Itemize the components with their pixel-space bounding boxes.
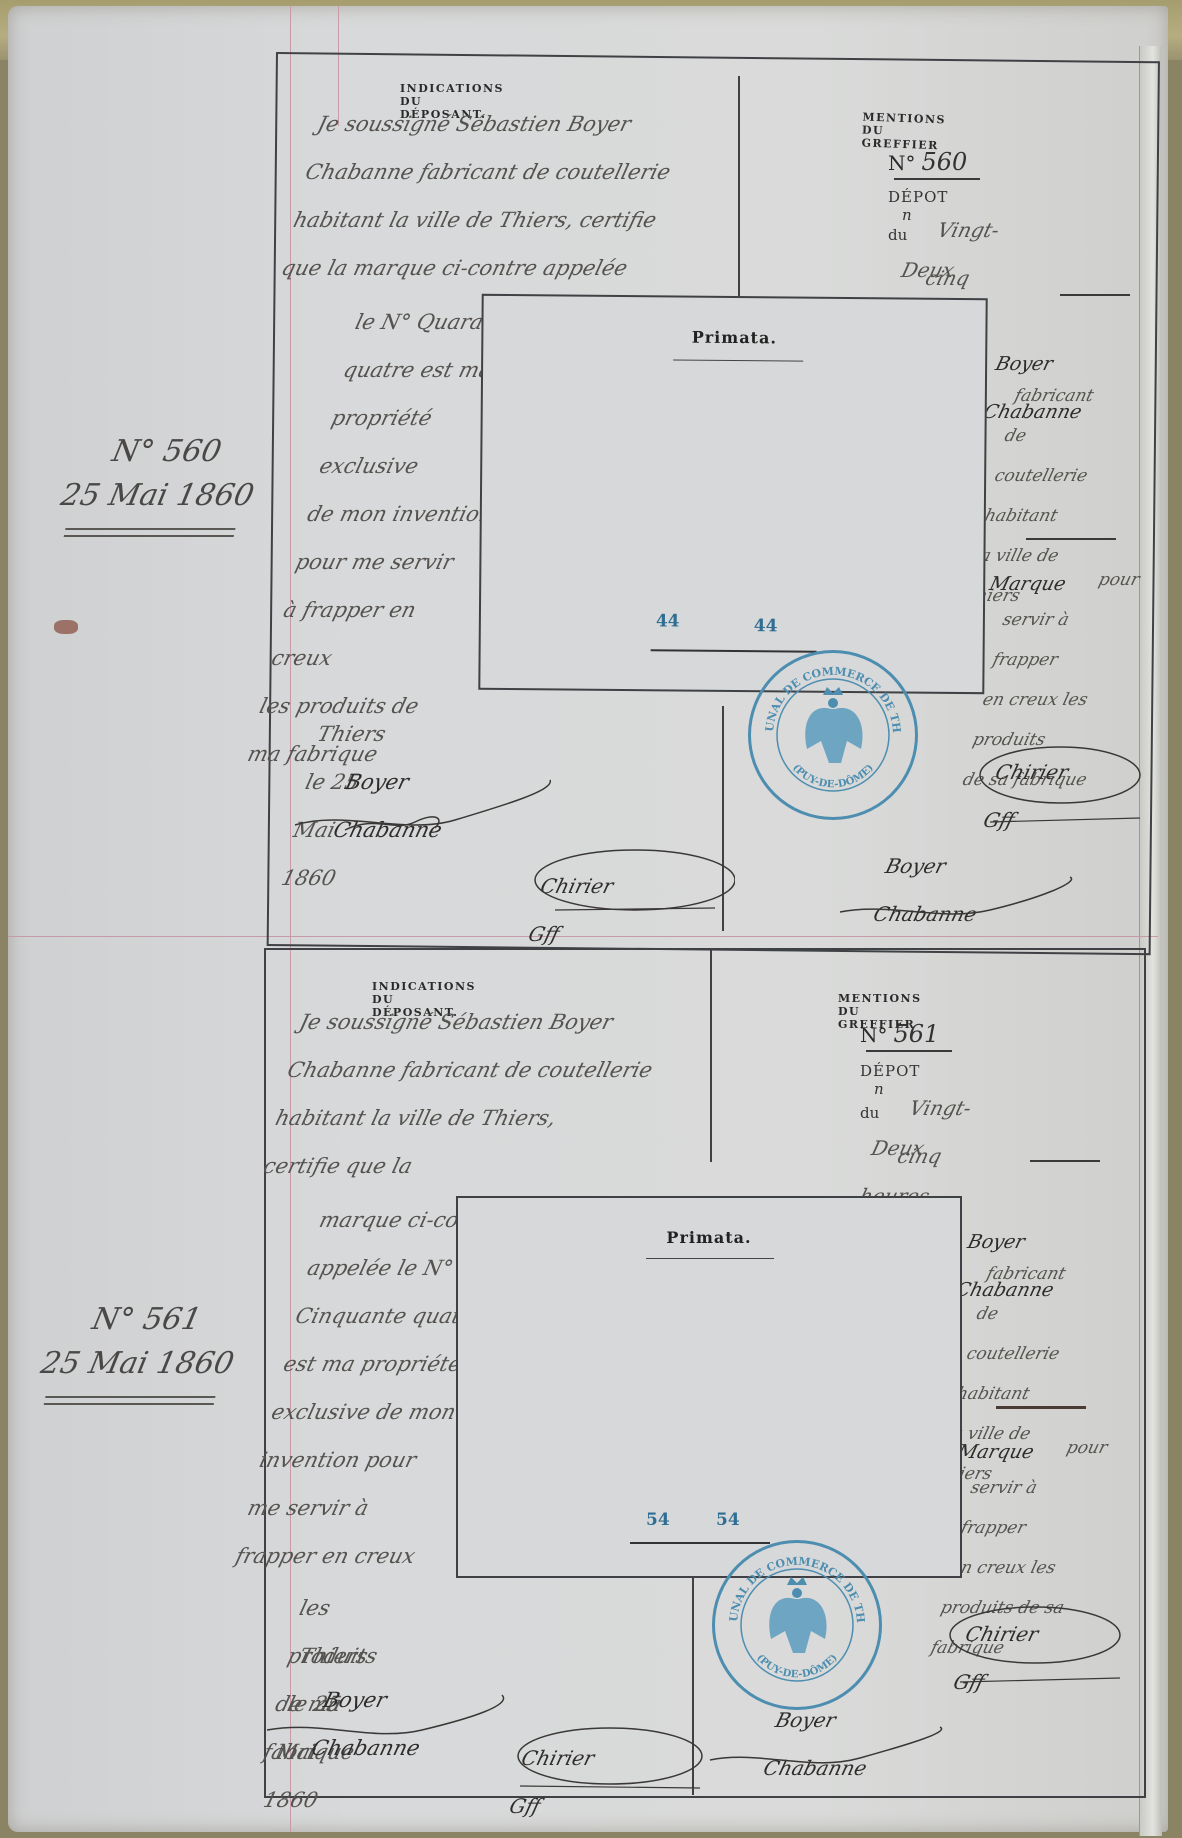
- depot-label: DÉPOT n: [860, 1062, 920, 1098]
- clerk-flourish: [515, 830, 735, 930]
- mark-title: Primata.: [458, 1228, 960, 1247]
- mark-number-1: 54: [646, 1510, 670, 1530]
- mark-number-2: 54: [716, 1510, 740, 1530]
- number-underline: [866, 1050, 952, 1052]
- margin-note-date: 25 Mai 1860: [33, 1342, 242, 1386]
- rule: [1060, 294, 1130, 296]
- rule: [996, 1406, 1086, 1409]
- deposit-number: N°561: [860, 1020, 952, 1052]
- rule: [1026, 538, 1116, 540]
- number-underline: [894, 178, 980, 180]
- depot-label: DÉPOT n: [888, 188, 948, 224]
- tribunal-seal: TRIBUNAL DE COMMERCE DE THIERS (PUY-DE-D…: [748, 650, 918, 820]
- depot-value: n: [902, 206, 913, 224]
- mark-title-underline: [673, 359, 803, 361]
- number-value: 561: [894, 1020, 940, 1048]
- depot-value: n: [874, 1080, 885, 1098]
- number-value: 560: [922, 148, 968, 176]
- depositor-statement: Je soussigné Sébastien Boyer Chabanne fa…: [276, 100, 764, 292]
- double-rule: [44, 1396, 216, 1405]
- clerk-flourish: [970, 730, 1150, 840]
- tribunal-seal: TRIBUNAL DE COMMERCE DE THIERS (PUY-DE-D…: [712, 1540, 882, 1710]
- mark-box: Primata. 54 54: [456, 1196, 962, 1578]
- margin-note-number: N° 561: [42, 1298, 251, 1342]
- rule: [1030, 1160, 1100, 1162]
- du-label: du: [888, 226, 907, 244]
- clerk-flourish: [500, 1712, 710, 1804]
- depositor-statement: Je soussigné Sébastien Boyer Chabanne fa…: [258, 998, 736, 1190]
- mark-box: Primata. 44 44: [478, 294, 987, 694]
- seal-text-bottom: (PUY-DE-DÔME): [754, 1653, 840, 1681]
- number-label: N°: [888, 151, 916, 175]
- mark-number-2: 44: [754, 616, 778, 636]
- clerk-header: MENTIONS DU GREFFIER: [861, 111, 946, 153]
- margin-note-date: 25 Mai 1860: [53, 474, 262, 518]
- margin-note: N° 561 25 Mai 1860: [29, 1298, 252, 1405]
- seal-text-bottom: (PUY-DE-DÔME): [790, 763, 876, 791]
- eagle-crown-icon: TRIBUNAL DE COMMERCE DE THIERS (PUY-DE-D…: [751, 653, 915, 817]
- deposit-number: N°560: [888, 148, 980, 180]
- depot-text: DÉPOT: [860, 1062, 920, 1080]
- signature-flourish: [700, 1722, 960, 1782]
- depot-text: DÉPOT: [888, 188, 948, 206]
- ink-stain: [54, 620, 78, 634]
- signature-flourish: [262, 1690, 522, 1750]
- svg-text:(PUY-DE-DÔME): (PUY-DE-DÔME): [754, 1653, 840, 1681]
- double-rule: [64, 528, 236, 537]
- signature-flourish: [830, 872, 1090, 932]
- du-label: du: [860, 1104, 879, 1122]
- margin-note: N° 560 25 Mai 1860: [49, 430, 272, 537]
- mark-title-underline: [646, 1258, 774, 1259]
- eagle-crown-icon: TRIBUNAL DE COMMERCE DE THIERS (PUY-DE-D…: [715, 1543, 879, 1707]
- mark-number-1: 44: [656, 611, 680, 631]
- margin-note-number: N° 560: [62, 430, 271, 474]
- clerk-flourish: [940, 1590, 1130, 1700]
- number-label: N°: [860, 1023, 888, 1047]
- svg-text:(PUY-DE-DÔME): (PUY-DE-DÔME): [790, 763, 876, 791]
- mark-title: Primata.: [483, 326, 985, 349]
